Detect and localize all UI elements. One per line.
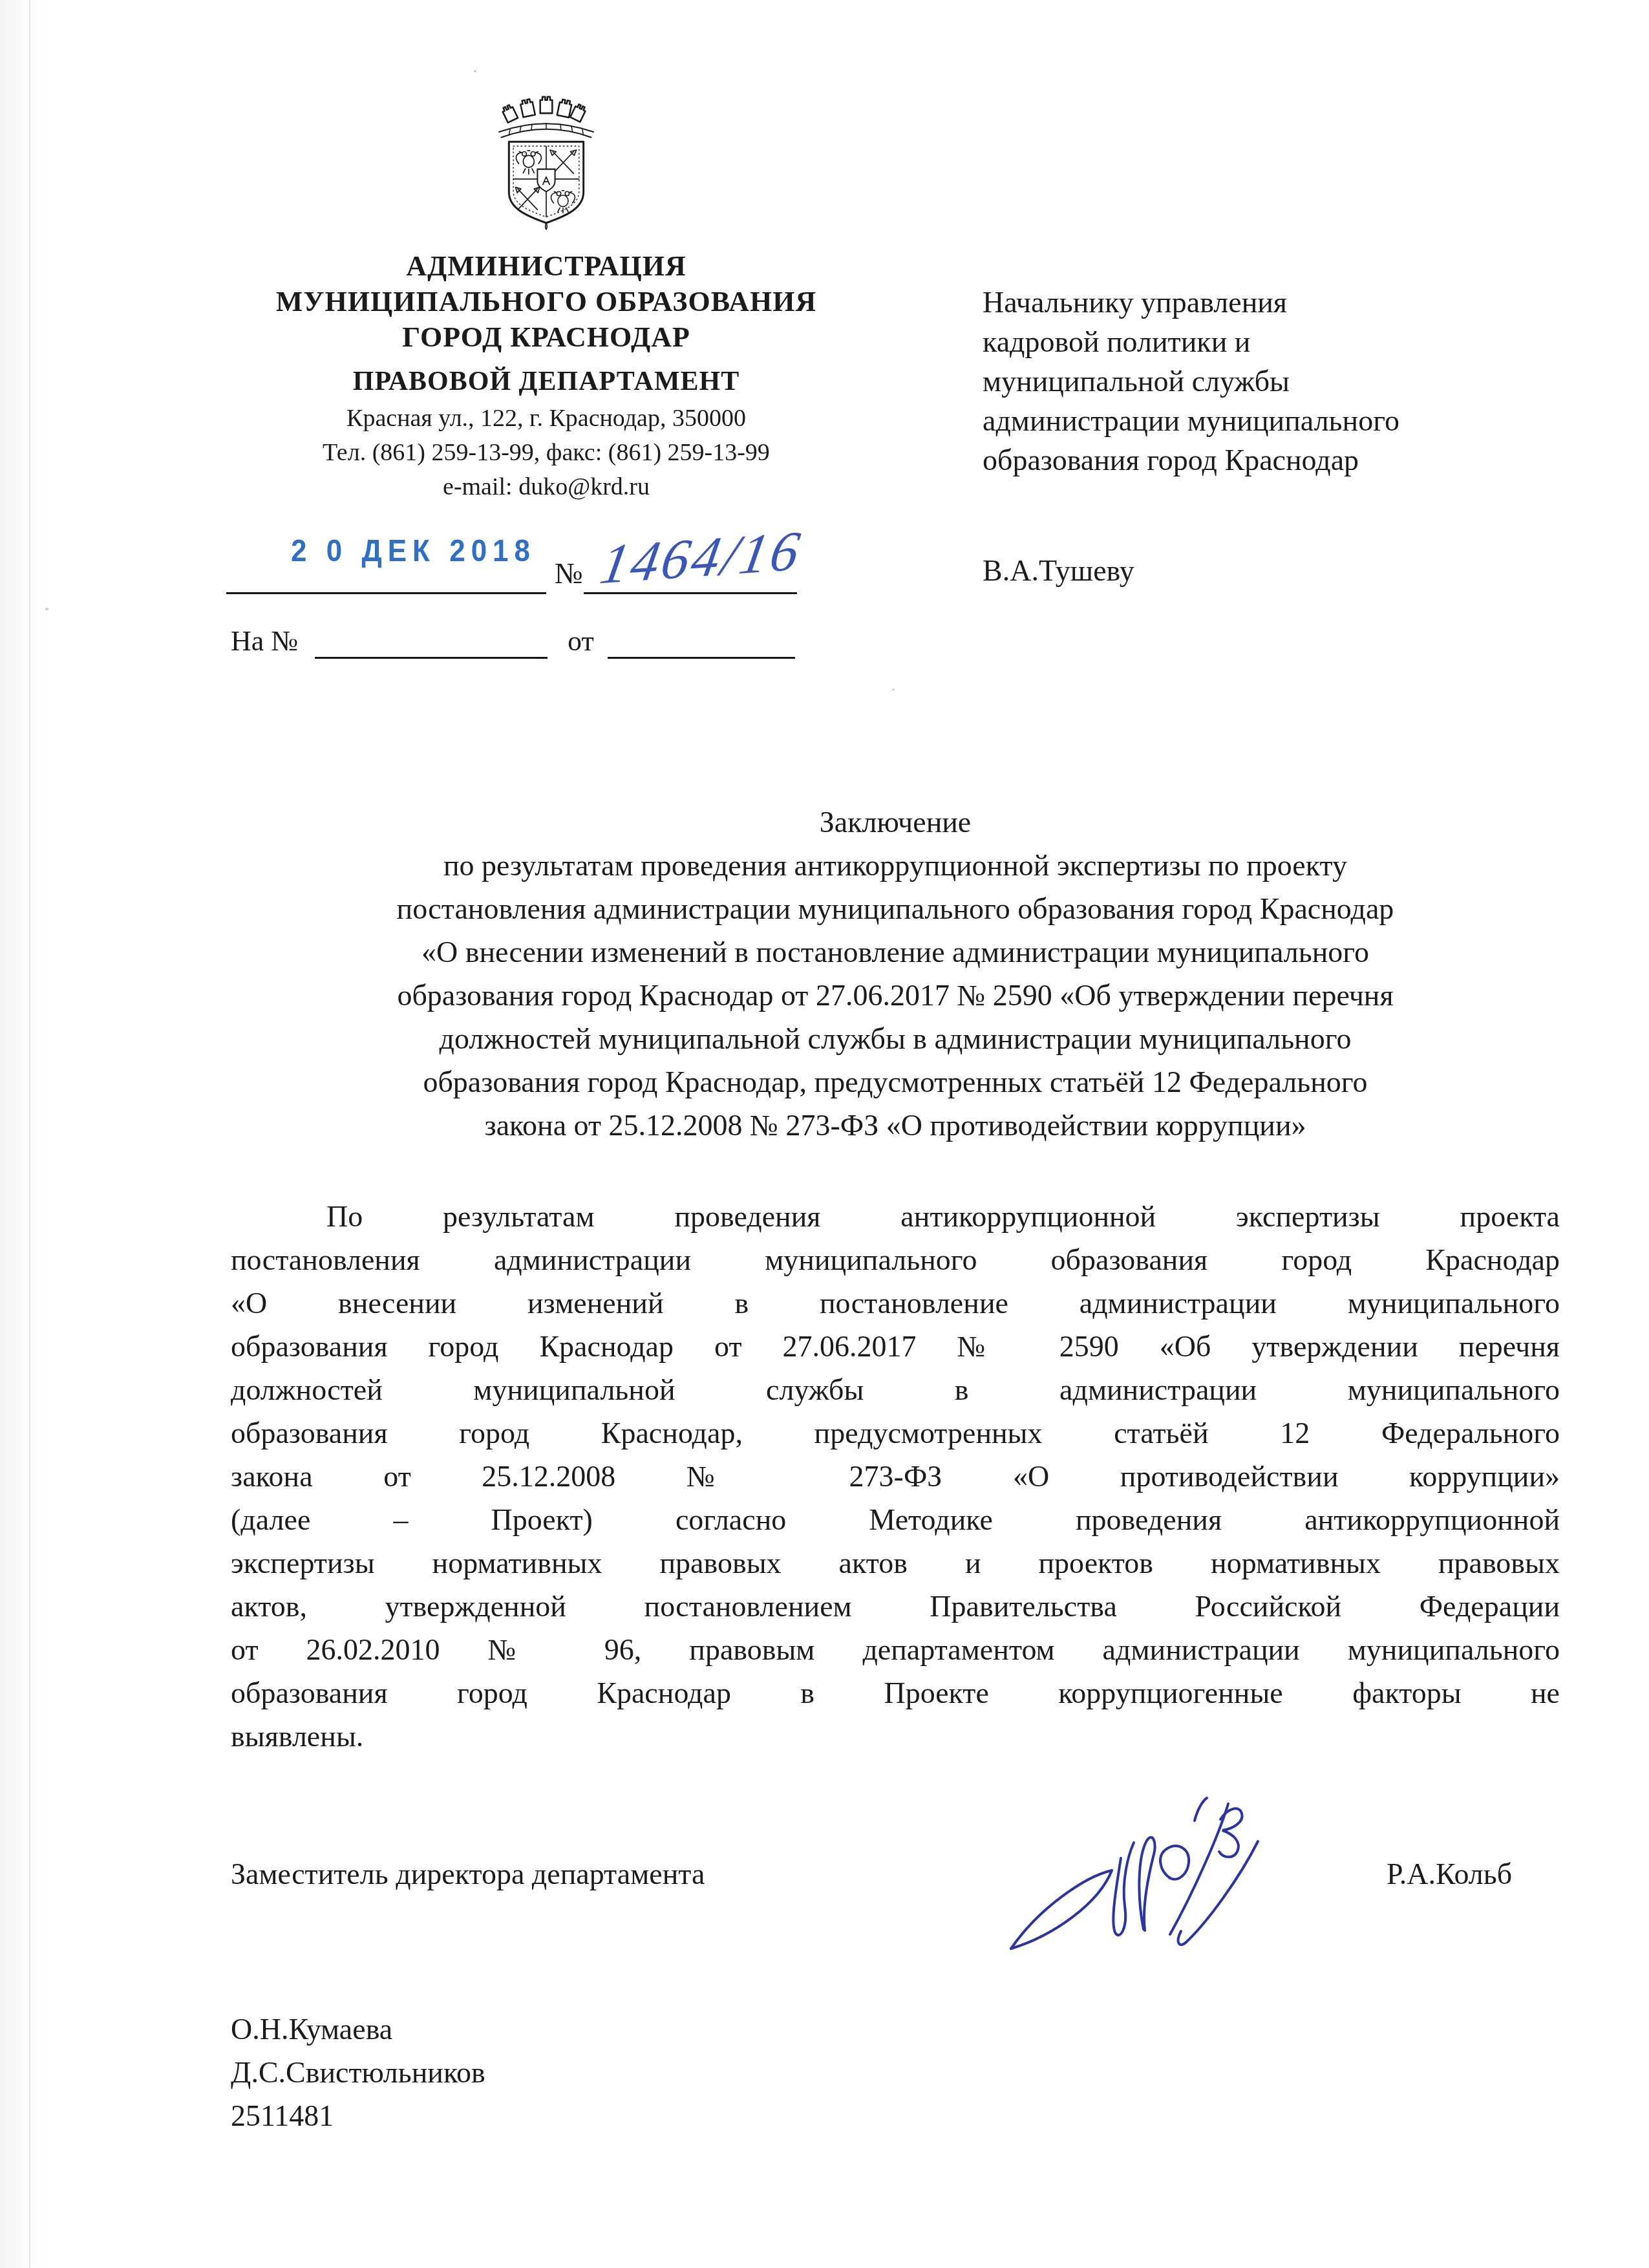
- reply-to-label: На №: [231, 625, 298, 658]
- executor-name: О.Н.Кумаева: [231, 2007, 485, 2051]
- recipient-line: Начальнику управления: [983, 283, 1603, 322]
- date-underline: [226, 592, 546, 594]
- body-line: (далее – Проект) согласно Методике прове…: [231, 1498, 1560, 1541]
- number-sign: №: [555, 556, 583, 590]
- document-title: Заключение по результатам проведения ант…: [231, 800, 1560, 1147]
- reply-date-underline: [608, 657, 795, 659]
- handwritten-signature-icon: [1001, 1779, 1279, 1970]
- scanned-letter-page: АДМИНИСТРАЦИЯ МУНИЦИПАЛЬНОГО ОБРАЗОВАНИЯ…: [0, 0, 1649, 2268]
- org-name-line2: МУНИЦИПАЛЬНОГО ОБРАЗОВАНИЯ: [207, 284, 886, 319]
- scan-speck: [474, 70, 476, 72]
- recipient-line: муниципальной службы: [983, 361, 1603, 401]
- recipient-name: В.А.Тушеву: [983, 553, 1134, 588]
- body-line: экспертизы нормативных правовых актов и …: [231, 1541, 1560, 1585]
- recipient-line: кадровой политики и: [983, 322, 1603, 361]
- title-line: «О внесении изменений в постановление ад…: [231, 930, 1560, 974]
- reply-from-label: от: [568, 625, 594, 658]
- body-line: образования город Краснодар в Проекте ко…: [231, 1671, 1560, 1715]
- executors-block: О.Н.Кумаева Д.С.Свистюльников 2511481: [231, 2007, 485, 2137]
- org-name-line3: ГОРОД КРАСНОДАР: [207, 319, 886, 355]
- org-name-line1: АДМИНИСТРАЦИЯ: [207, 248, 886, 284]
- title-line: образования город Краснодар, предусмотре…: [231, 1060, 1560, 1104]
- recipient-block: Начальнику управления кадровой политики …: [983, 283, 1603, 480]
- postal-address: Красная ул., 122, г. Краснодар, 350000: [207, 402, 886, 434]
- scan-speck: [45, 608, 48, 610]
- scan-edge-line: [29, 0, 30, 2268]
- body-line: «О внесении изменений в постановление ад…: [231, 1281, 1560, 1325]
- signer-position: Заместитель директора департамента: [231, 1857, 705, 1891]
- title-line: по результатам проведения антикоррупцион…: [231, 844, 1560, 887]
- title-line: постановления администрации муниципально…: [231, 887, 1560, 930]
- title-line: должностей муниципальной службы в админи…: [231, 1017, 1560, 1060]
- title-line: образования город Краснодар от 27.06.201…: [231, 974, 1560, 1017]
- reply-number-underline: [315, 657, 548, 659]
- body-line: должностей муниципальной службы в админи…: [231, 1368, 1560, 1411]
- executor-phone: 2511481: [231, 2094, 485, 2137]
- executor-name: Д.С.Свистюльников: [231, 2051, 485, 2094]
- title-line: Заключение: [231, 800, 1560, 844]
- body-line: от 26.02.2010 № 96, правовым департамент…: [231, 1628, 1560, 1671]
- recipient-line: администрации муниципального: [983, 401, 1603, 440]
- body-line: актов, утвержденной постановлением Прави…: [231, 1585, 1560, 1628]
- body-line: образования город Краснодар от 27.06.201…: [231, 1325, 1560, 1368]
- signer-name: Р.А.Кольб: [1387, 1857, 1512, 1891]
- date-stamp: 2 0 ДЕК 2018: [291, 534, 536, 569]
- body-line: постановления администрации муниципально…: [231, 1238, 1560, 1281]
- body-line: По результатам проведения антикоррупцион…: [231, 1195, 1560, 1238]
- recipient-line: образования город Краснодар: [983, 440, 1603, 480]
- phone-fax-line: Тел. (861) 259-13-99, факс: (861) 259-13…: [207, 436, 886, 469]
- krasnodar-coat-of-arms-icon: [491, 96, 601, 236]
- body-line: закона от 25.12.2008 № 273-ФЗ «О противо…: [231, 1455, 1560, 1498]
- department-name: ПРАВОВОЙ ДЕПАРТАМЕНТ: [207, 363, 886, 400]
- title-line: закона от 25.12.2008 № 273-ФЗ «О противо…: [231, 1104, 1560, 1147]
- body-paragraph: По результатам проведения антикоррупцион…: [231, 1195, 1560, 1758]
- body-line: выявлены.: [231, 1715, 1560, 1758]
- outgoing-number-handwritten: 1464/16: [595, 517, 807, 597]
- email-line: e-mail: duko@krd.ru: [207, 471, 886, 503]
- letterhead: АДМИНИСТРАЦИЯ МУНИЦИПАЛЬНОГО ОБРАЗОВАНИЯ…: [207, 248, 886, 503]
- body-line: образования город Краснодар, предусмотре…: [231, 1411, 1560, 1455]
- scan-speck: [892, 689, 895, 690]
